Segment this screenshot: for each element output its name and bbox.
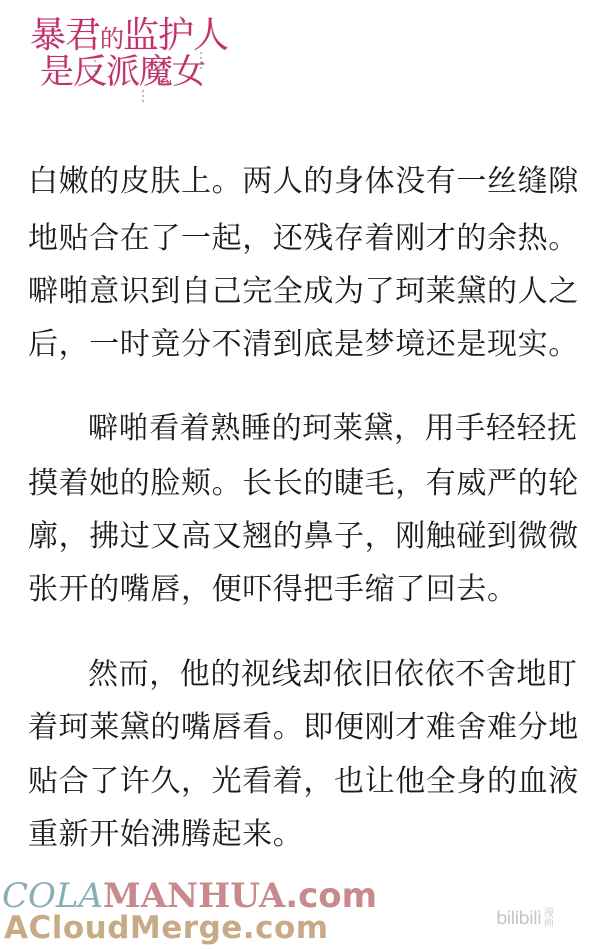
acloudmerge-watermark: ACloudMerge.com: [4, 910, 329, 946]
title-line-1-main: 暴君: [30, 15, 100, 56]
comic-title-logo: 暴君的监护人 是反派魔女: [30, 16, 220, 96]
bilibili-logo: bilibili漫画: [496, 908, 556, 930]
title-line-1-rest: 监护人: [123, 15, 228, 56]
paragraph-1-line-4: 后，一时竟分不清到底是梦境还是现实。: [28, 327, 588, 363]
paragraph-3-line-4: 重新开始沸腾起来。: [28, 817, 588, 853]
title-line-1-small: 的: [100, 25, 123, 53]
title-line-2: 是反派魔女: [40, 52, 205, 92]
paragraph-2-line-3: 廓，拂过又高又翘的鼻子，刚触碰到微微: [28, 519, 588, 555]
paragraph-3-line-3: 贴合了许久，光看着，也让他全身的血液: [28, 764, 588, 800]
paragraph-2-line-1: 噼啪看着熟睡的珂莱黛，用手轻轻抚: [88, 411, 600, 447]
title-decoration-dots: [142, 90, 144, 102]
bilibili-wordmark: bilibili: [496, 908, 541, 929]
paragraph-3-line-1: 然而，他的视线却依旧依依不舍地盯: [88, 657, 600, 693]
title-decoration-dots: [158, 56, 160, 78]
paragraph-3-line-2: 着珂莱黛的嘴唇看。即便刚才难舍难分地: [28, 710, 588, 746]
paragraph-2-line-2: 摸着她的脸颊。长长的睫毛，有威严的轮: [28, 466, 588, 502]
paragraph-1-line-1: 白嫩的皮肤上。两人的身体没有一丝缝隙: [28, 164, 588, 200]
paragraph-2-line-4: 张开的嘴唇，便吓得把手缩了回去。: [28, 572, 588, 608]
title-decoration-dots: [94, 60, 96, 78]
paragraph-1-line-3: 噼啪意识到自己完全成为了珂莱黛的人之: [28, 274, 588, 310]
title-decoration-dots: [200, 52, 202, 72]
paragraph-1-line-2: 地贴合在了一起，还残存着刚才的余热。: [28, 221, 588, 257]
bilibili-manhua-label: 漫画: [544, 909, 556, 929]
